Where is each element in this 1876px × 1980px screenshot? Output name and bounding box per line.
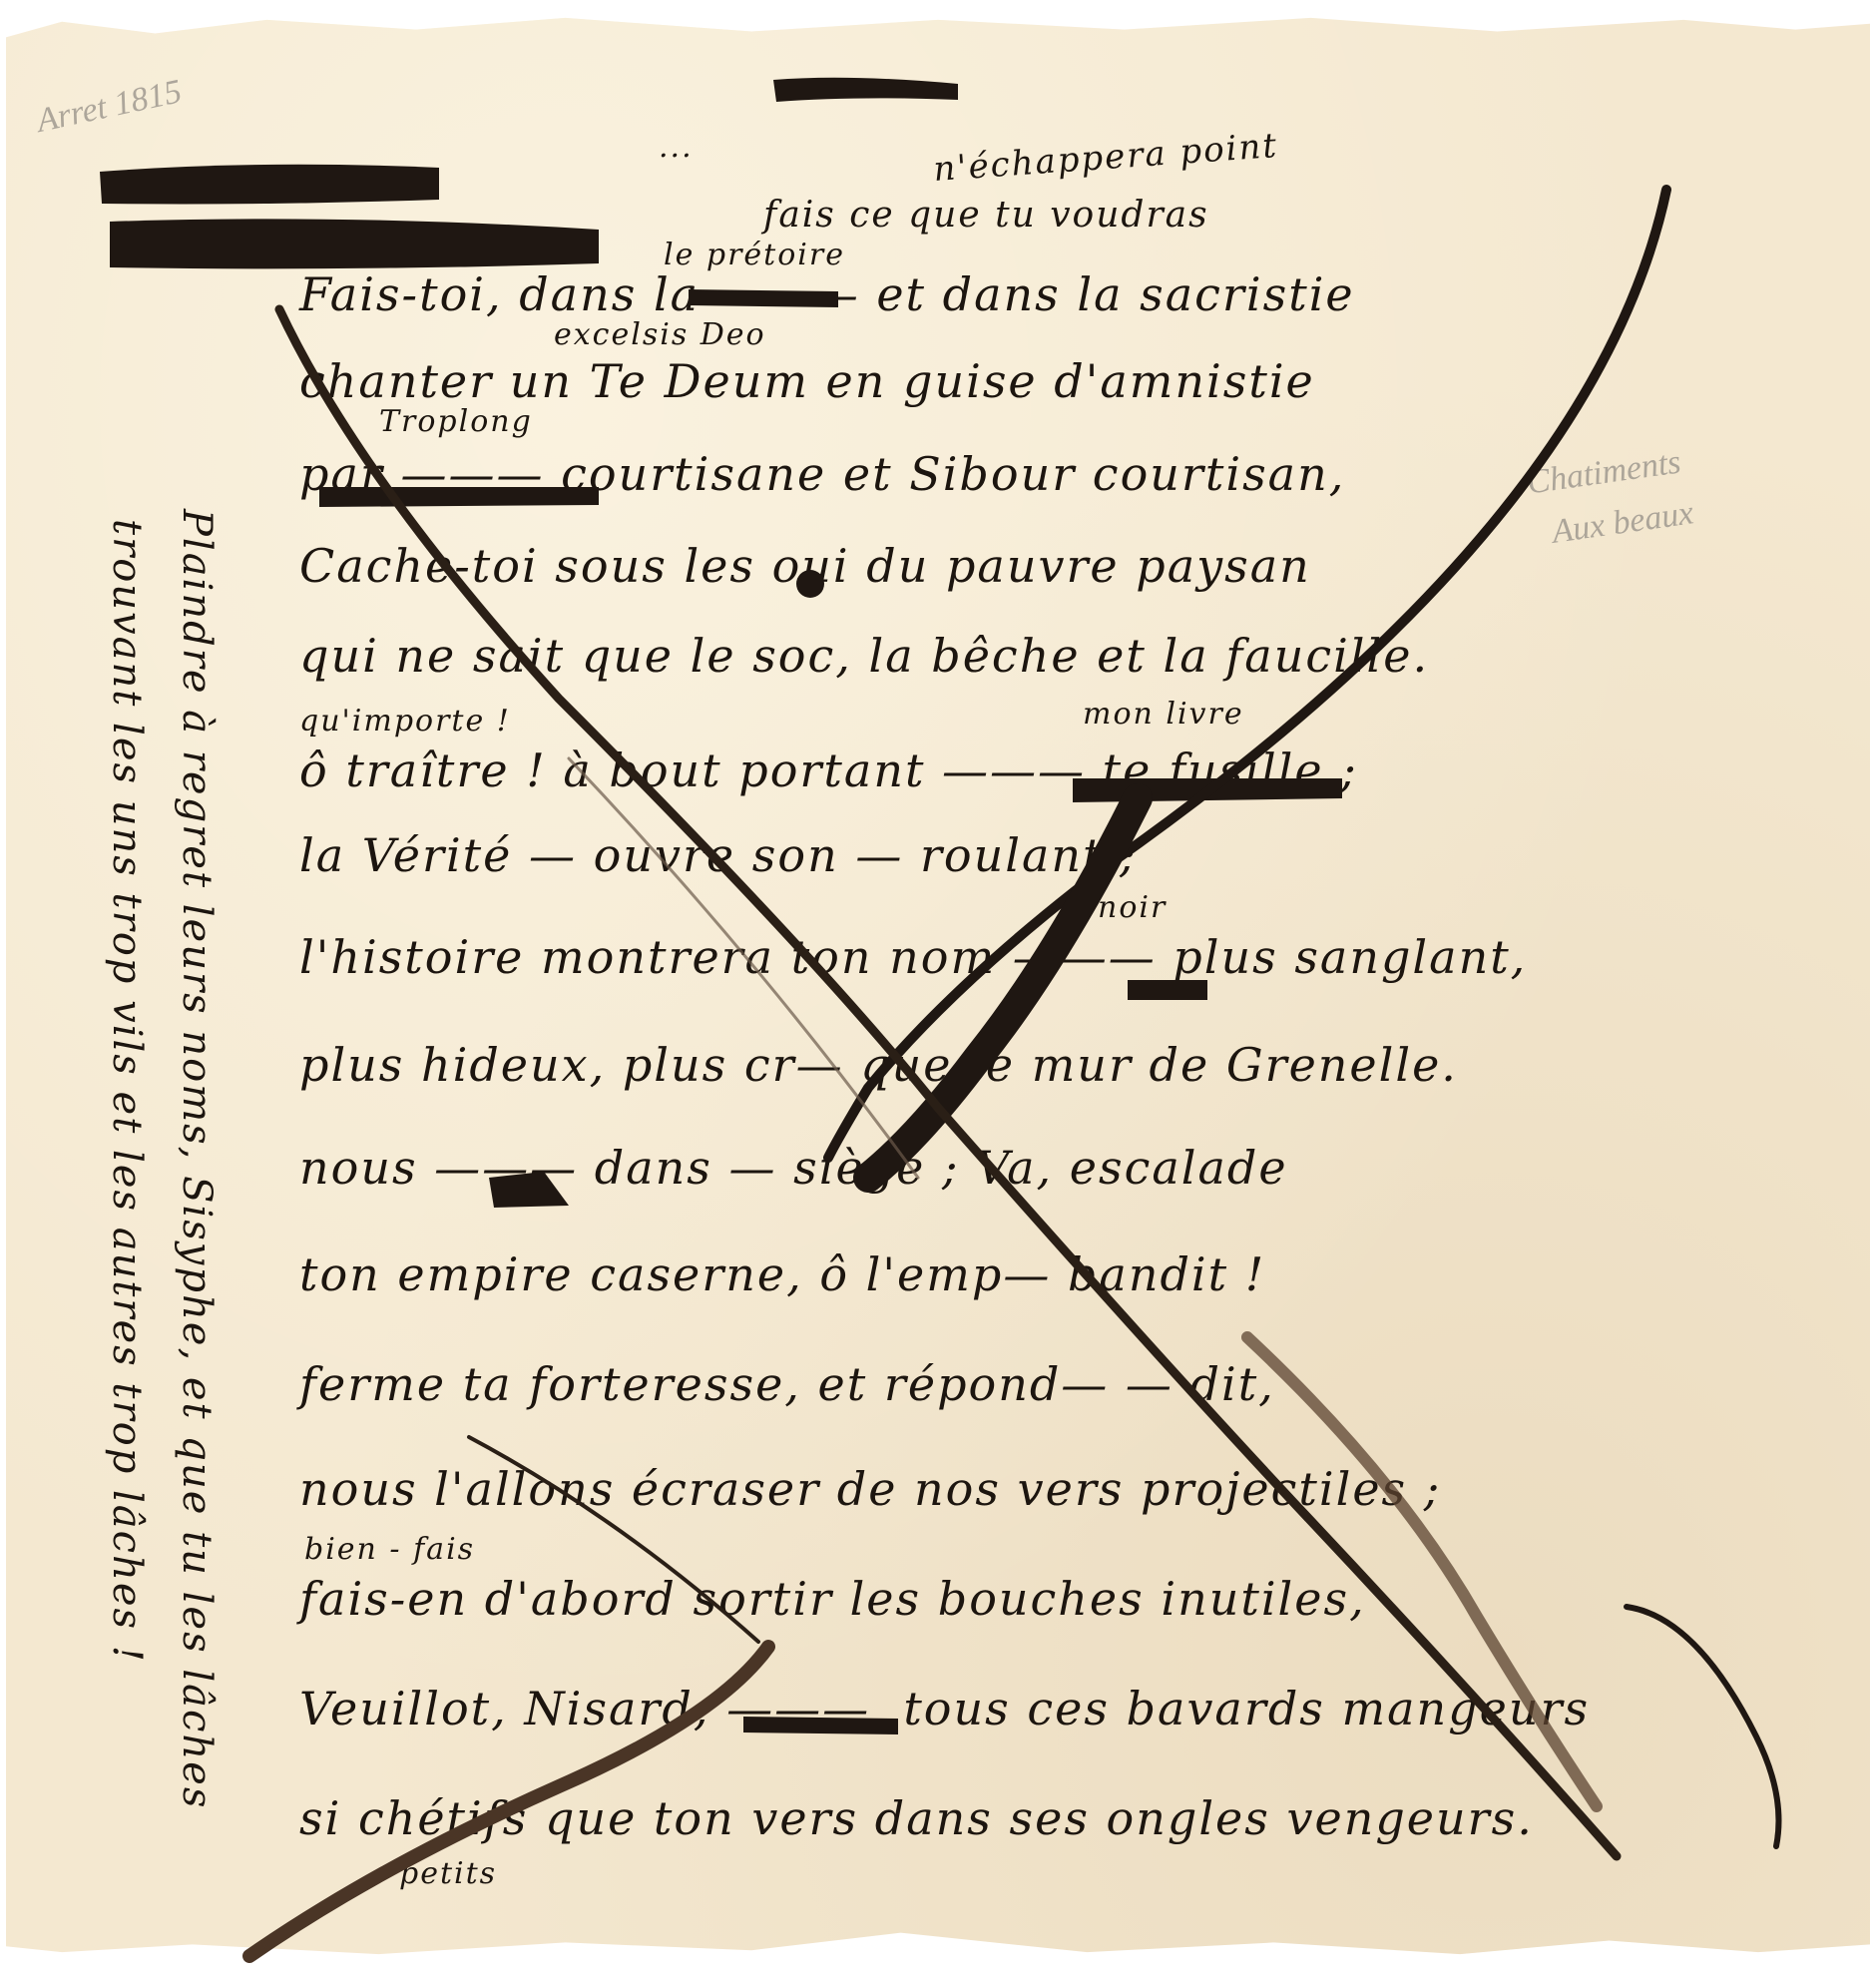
verse-line-16-below: petits <box>399 1856 497 1891</box>
insertion-line-2: fais ce que tu voudras <box>763 195 1209 236</box>
margin-text-2: trouvant les uns trop vils et les autres… <box>104 519 150 1664</box>
verse-line-15: Veuillot, Nisard, ———, tous ces bavards … <box>299 1682 1590 1735</box>
verse-line-6-above: mon livre <box>1083 697 1244 732</box>
ellipsis: ... <box>659 130 694 165</box>
verse-line-8-above: noir <box>1098 890 1167 925</box>
verse-line-7: la Vérité — ouvre son — roulant ; <box>299 828 1138 882</box>
verse-line-2: chanter un Te Deum en guise d'amnistie <box>299 354 1315 408</box>
above-line-2-note: excelsis Deo <box>554 317 766 352</box>
verse-line-8: l'histoire montrera ton nom ——— plus san… <box>299 930 1527 984</box>
verse-line-10: nous ——— dans — siège ; Va, escalade <box>299 1141 1288 1195</box>
verse-line-12: ferme ta forteresse, et répond— — dit, <box>299 1357 1275 1411</box>
verse-line-13: nous l'allons écraser de nos vers projec… <box>299 1462 1441 1516</box>
verse-line-9: plus hideux, plus cr— que le mur de Gren… <box>299 1038 1458 1092</box>
verse-line-3: par ——— courtisane et Sibour courtisan, <box>299 447 1345 501</box>
verse-line-5: qui ne sait que le soc, la bêche et la f… <box>299 629 1429 683</box>
verse-line-11: ton empire caserne, ô l'emp— bandit ! <box>299 1247 1265 1301</box>
verse-line-3-above: Troplong <box>379 404 533 439</box>
verse-line-1: Fais-toi, dans la ——— et dans la sacrist… <box>299 267 1355 321</box>
verse-line-6: ô traître ! à bout portant ——— te fusill… <box>299 743 1358 797</box>
verse-line-6-above-left: qu'importe ! <box>299 704 511 739</box>
verse-line-16: si chétifs que ton vers dans ses ongles … <box>299 1791 1534 1845</box>
verse-line-14-above-left: bien - fais <box>304 1532 475 1567</box>
verse-line-4: Cache-toi sous les oui du pauvre paysan <box>299 539 1311 593</box>
margin-text-1: Plaindre à regret leurs noms, Sisyphe, e… <box>174 509 220 1809</box>
verse-line-14: fais-en d'abord sortir les bouches inuti… <box>299 1572 1366 1626</box>
